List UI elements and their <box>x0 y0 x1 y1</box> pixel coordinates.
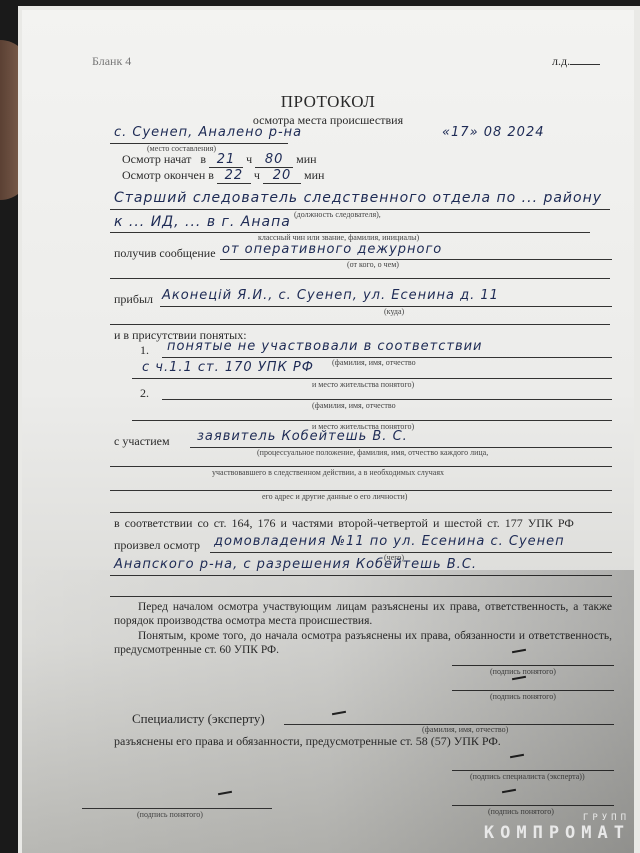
inspection-value2: Анапского р-на, с разрешения Кобейтешь В… <box>114 557 477 572</box>
specialist-label: Специалисту (эксперту) <box>132 711 265 727</box>
witness-1-caption2: и место жительства понятого) <box>312 380 414 389</box>
place-value: с. Суенеп, Аналено р-на <box>114 125 302 140</box>
specialist-caption: (фамилия, имя, отчество) <box>422 725 508 734</box>
date-value: «17» 08 2024 <box>442 125 544 140</box>
participants-value: заявитель Кобейтешь В. С. <box>197 429 408 444</box>
investigator-caption2: классный чин или звание, фамилия, инициа… <box>258 233 419 242</box>
witness-2-caption1: (фамилия, имя, отчество <box>312 401 396 410</box>
watermark-main: КОМПРОМАТ <box>484 823 630 843</box>
start-row: Осмотр начат в 21 ч 80 мин <box>122 152 317 168</box>
witness-2-num: 2. <box>140 386 149 401</box>
protocol-document: Бланк 4 л.д. ПРОТОКОЛ осмотра места прои… <box>22 10 634 853</box>
report-value: от оперативного дежурного <box>222 242 442 257</box>
notice-para-1: Перед началом осмотра участвующим лицам … <box>114 600 612 628</box>
arrived-label: прибыл <box>114 292 153 307</box>
investigator-line1: Старший следователь следственного отдела… <box>114 190 602 206</box>
witness-signature-caption-2: (подпись понятого) <box>490 692 556 701</box>
arrived-value: Аконецій Я.И., с. Суенеп, ул. Есенина д.… <box>162 288 499 303</box>
inspection-label: произвел осмотр <box>114 538 200 553</box>
end-row: Осмотр окончен в 22 ч 20 мин <box>122 168 324 184</box>
notice-para-2: Понятым, кроме того, до начала осмотра р… <box>114 629 612 657</box>
case-sheet-label: л.д. <box>552 54 600 69</box>
participants-label: с участием <box>114 434 170 449</box>
witness-1-caption1: (фамилия, имя, отчество <box>332 358 416 367</box>
participants-caption2: участвовавшего в следственном действии, … <box>212 468 444 477</box>
form-label: Бланк 4 <box>92 54 131 69</box>
participants-caption1: (процессуальное положение, фамилия, имя,… <box>257 448 488 457</box>
basis-text: в соответствии со ст. 164, 176 и частями… <box>114 516 574 531</box>
watermark: ГРУПП КОМПРОМАТ <box>484 813 630 843</box>
investigator-line2: к ... ИД, ... в г. Анапа <box>114 214 291 230</box>
document-title: ПРОТОКОЛ <box>22 92 634 112</box>
witness-1-num: 1. <box>140 343 149 358</box>
specialist-signature-caption: (подпись специалиста (эксперта)) <box>470 772 585 781</box>
inspection-value1: домовладения №11 по ул. Есенина с. Суене… <box>214 534 565 549</box>
report-caption: (от кого, о чем) <box>347 260 399 269</box>
witness-signature-caption-3: (подпись понятого) <box>137 810 203 819</box>
investigator-caption1: (должность следователя), <box>294 210 381 219</box>
participants-caption3: его адрес и другие данные о его личности… <box>262 492 407 501</box>
witness-1-value1: понятые не участвовали в соответствии <box>167 339 483 354</box>
watermark-top: ГРУПП <box>484 813 630 823</box>
arrived-caption: (куда) <box>384 307 404 316</box>
specialist-rights: разъяснены его права и обязанности, пред… <box>114 734 501 749</box>
witness-1-value2: с ч.1.1 ст. 170 УПК РФ <box>142 360 314 375</box>
report-label: получив сообщение <box>114 246 216 261</box>
witness-signature-caption-1: (подпись понятого) <box>490 667 556 676</box>
